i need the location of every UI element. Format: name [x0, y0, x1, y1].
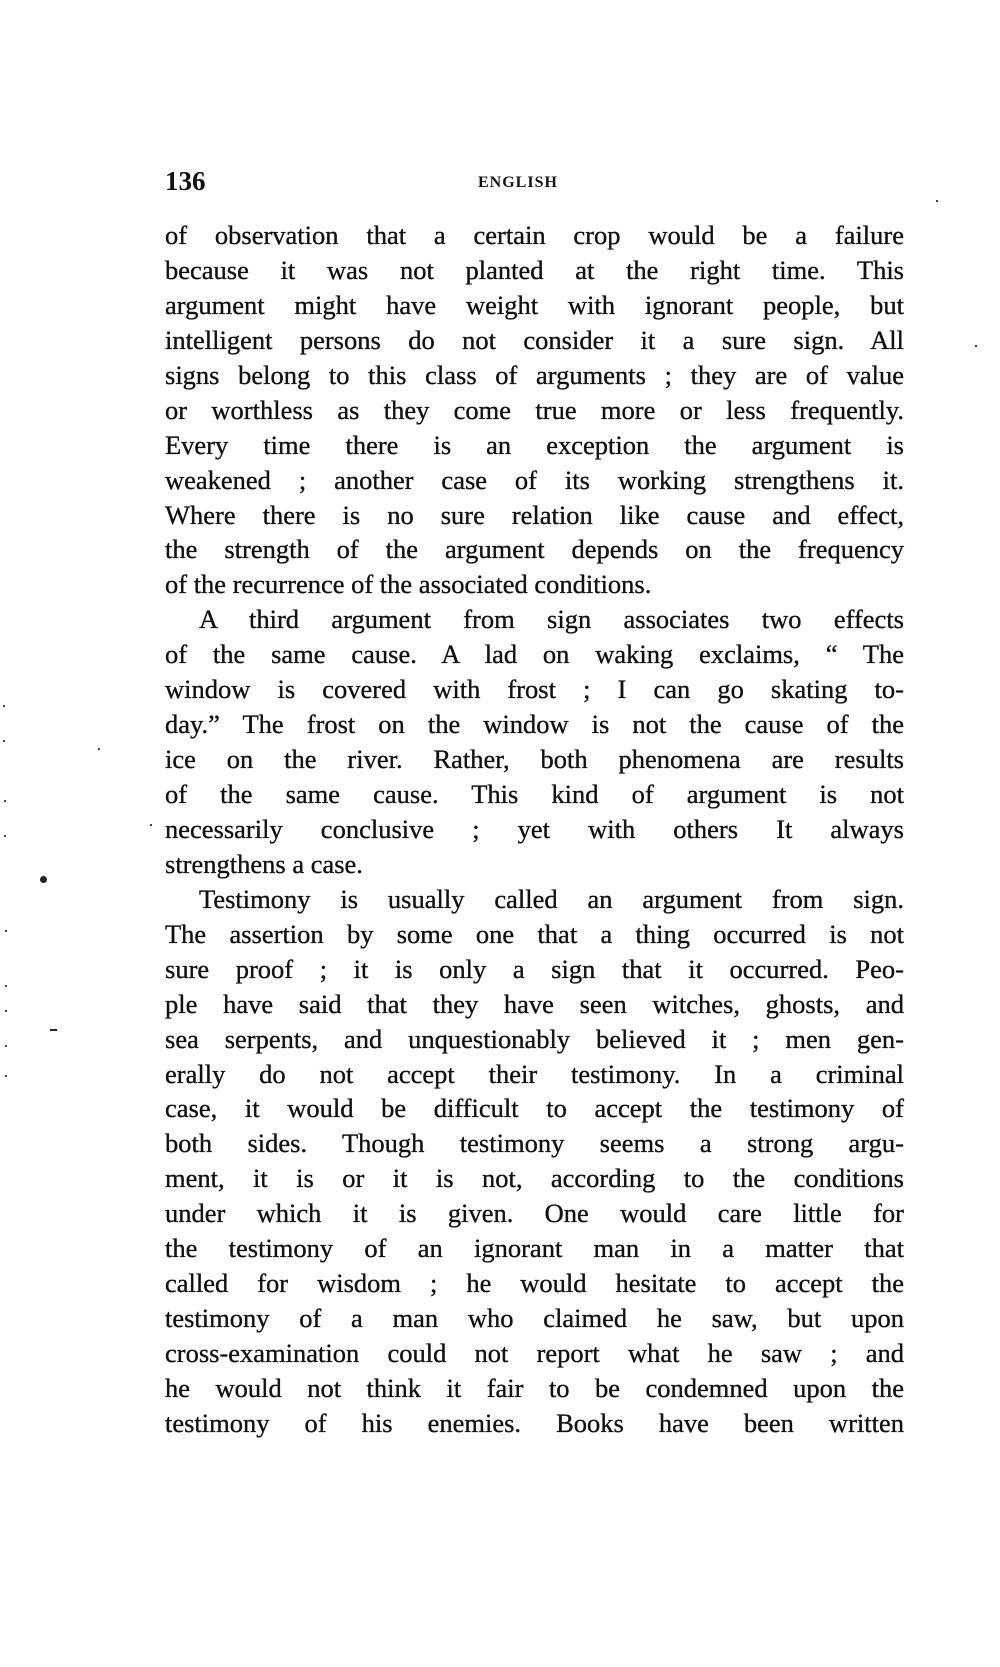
text-line: the strength of the argument depends on …	[165, 532, 904, 567]
text-line: strengthens a case.	[165, 847, 904, 882]
scan-dot	[975, 345, 977, 347]
text-line: or worthless as they come true more or l…	[165, 393, 904, 428]
scan-speck	[40, 876, 47, 883]
text-line: of the same cause. A lad on waking excla…	[165, 637, 904, 672]
text-line: ice on the river. Rather, both phenomena…	[165, 742, 904, 777]
text-line: of the same cause. This kind of argument…	[165, 777, 904, 812]
scan-dot	[936, 200, 938, 202]
running-head: ENGLISH	[478, 174, 558, 192]
text-line: cross-examination could not report what …	[165, 1336, 904, 1371]
text-line: signs belong to this class of arguments …	[165, 358, 904, 393]
text-line: intelligent persons do not consider it a…	[165, 323, 904, 358]
scan-dot	[3, 705, 5, 707]
paragraph-1: of observation that a certain crop would…	[165, 218, 904, 602]
scan-dot	[5, 1075, 7, 1077]
text-line: day.” The frost on the window is not the…	[165, 707, 904, 742]
scan-dot	[5, 930, 7, 932]
text-line: case, it would be difficult to accept th…	[165, 1091, 904, 1126]
text-line: Testimony is usually called an argument …	[165, 882, 904, 917]
paragraph-3: Testimony is usually called an argument …	[165, 882, 904, 1441]
text-line: sure proof ; it is only a sign that it o…	[165, 952, 904, 987]
text-line: because it was not planted at the right …	[165, 253, 904, 288]
text-line: weakened ; another case of its working s…	[165, 463, 904, 498]
scan-dot	[5, 985, 7, 987]
text-line: Every time there is an exception the arg…	[165, 428, 904, 463]
scan-dot	[5, 1010, 7, 1012]
page-number: 136	[165, 168, 206, 194]
text-line: of the recurrence of the associated cond…	[165, 567, 904, 602]
scan-dot	[4, 800, 6, 802]
text-line: argument might have weight with ignorant…	[165, 288, 904, 323]
book-page: 136 ENGLISH of observation that a certai…	[0, 0, 1000, 1667]
paragraph-2: A third argument from sign associates tw…	[165, 602, 904, 882]
page-header: 136 ENGLISH	[165, 168, 904, 194]
text-line: The assertion by some one that a thing o…	[165, 917, 904, 952]
scan-dot	[5, 1045, 7, 1047]
text-line: window is covered with frost ; I can go …	[165, 672, 904, 707]
text-line: Where there is no sure relation like cau…	[165, 498, 904, 533]
text-line: the testimony of an ignorant man in a ma…	[165, 1231, 904, 1266]
text-line: testimony of his enemies. Books have bee…	[165, 1406, 904, 1441]
scan-dot	[150, 824, 152, 826]
body-text: of observation that a certain crop would…	[165, 218, 904, 1441]
text-line: A third argument from sign associates tw…	[165, 602, 904, 637]
text-line: of observation that a certain crop would…	[165, 218, 904, 253]
text-line: both sides. Though testimony seems a str…	[165, 1126, 904, 1161]
text-line: ple have said that they have seen witche…	[165, 987, 904, 1022]
text-line: ment, it is or it is not, according to t…	[165, 1161, 904, 1196]
text-line: he would not think it fair to be condemn…	[165, 1371, 904, 1406]
scan-speck	[50, 1029, 57, 1031]
scan-dot	[3, 740, 5, 742]
text-line: necessarily conclusive ; yet with others…	[165, 812, 904, 847]
text-line: erally do not accept their testimony. In…	[165, 1057, 904, 1092]
text-line: testimony of a man who claimed he saw, b…	[165, 1301, 904, 1336]
scan-dot	[98, 748, 100, 750]
text-line: sea serpents, and unquestionably believe…	[165, 1022, 904, 1057]
scan-dot	[4, 835, 6, 837]
text-line: called for wisdom ; he would hesitate to…	[165, 1266, 904, 1301]
text-line: under which it is given. One would care …	[165, 1196, 904, 1231]
